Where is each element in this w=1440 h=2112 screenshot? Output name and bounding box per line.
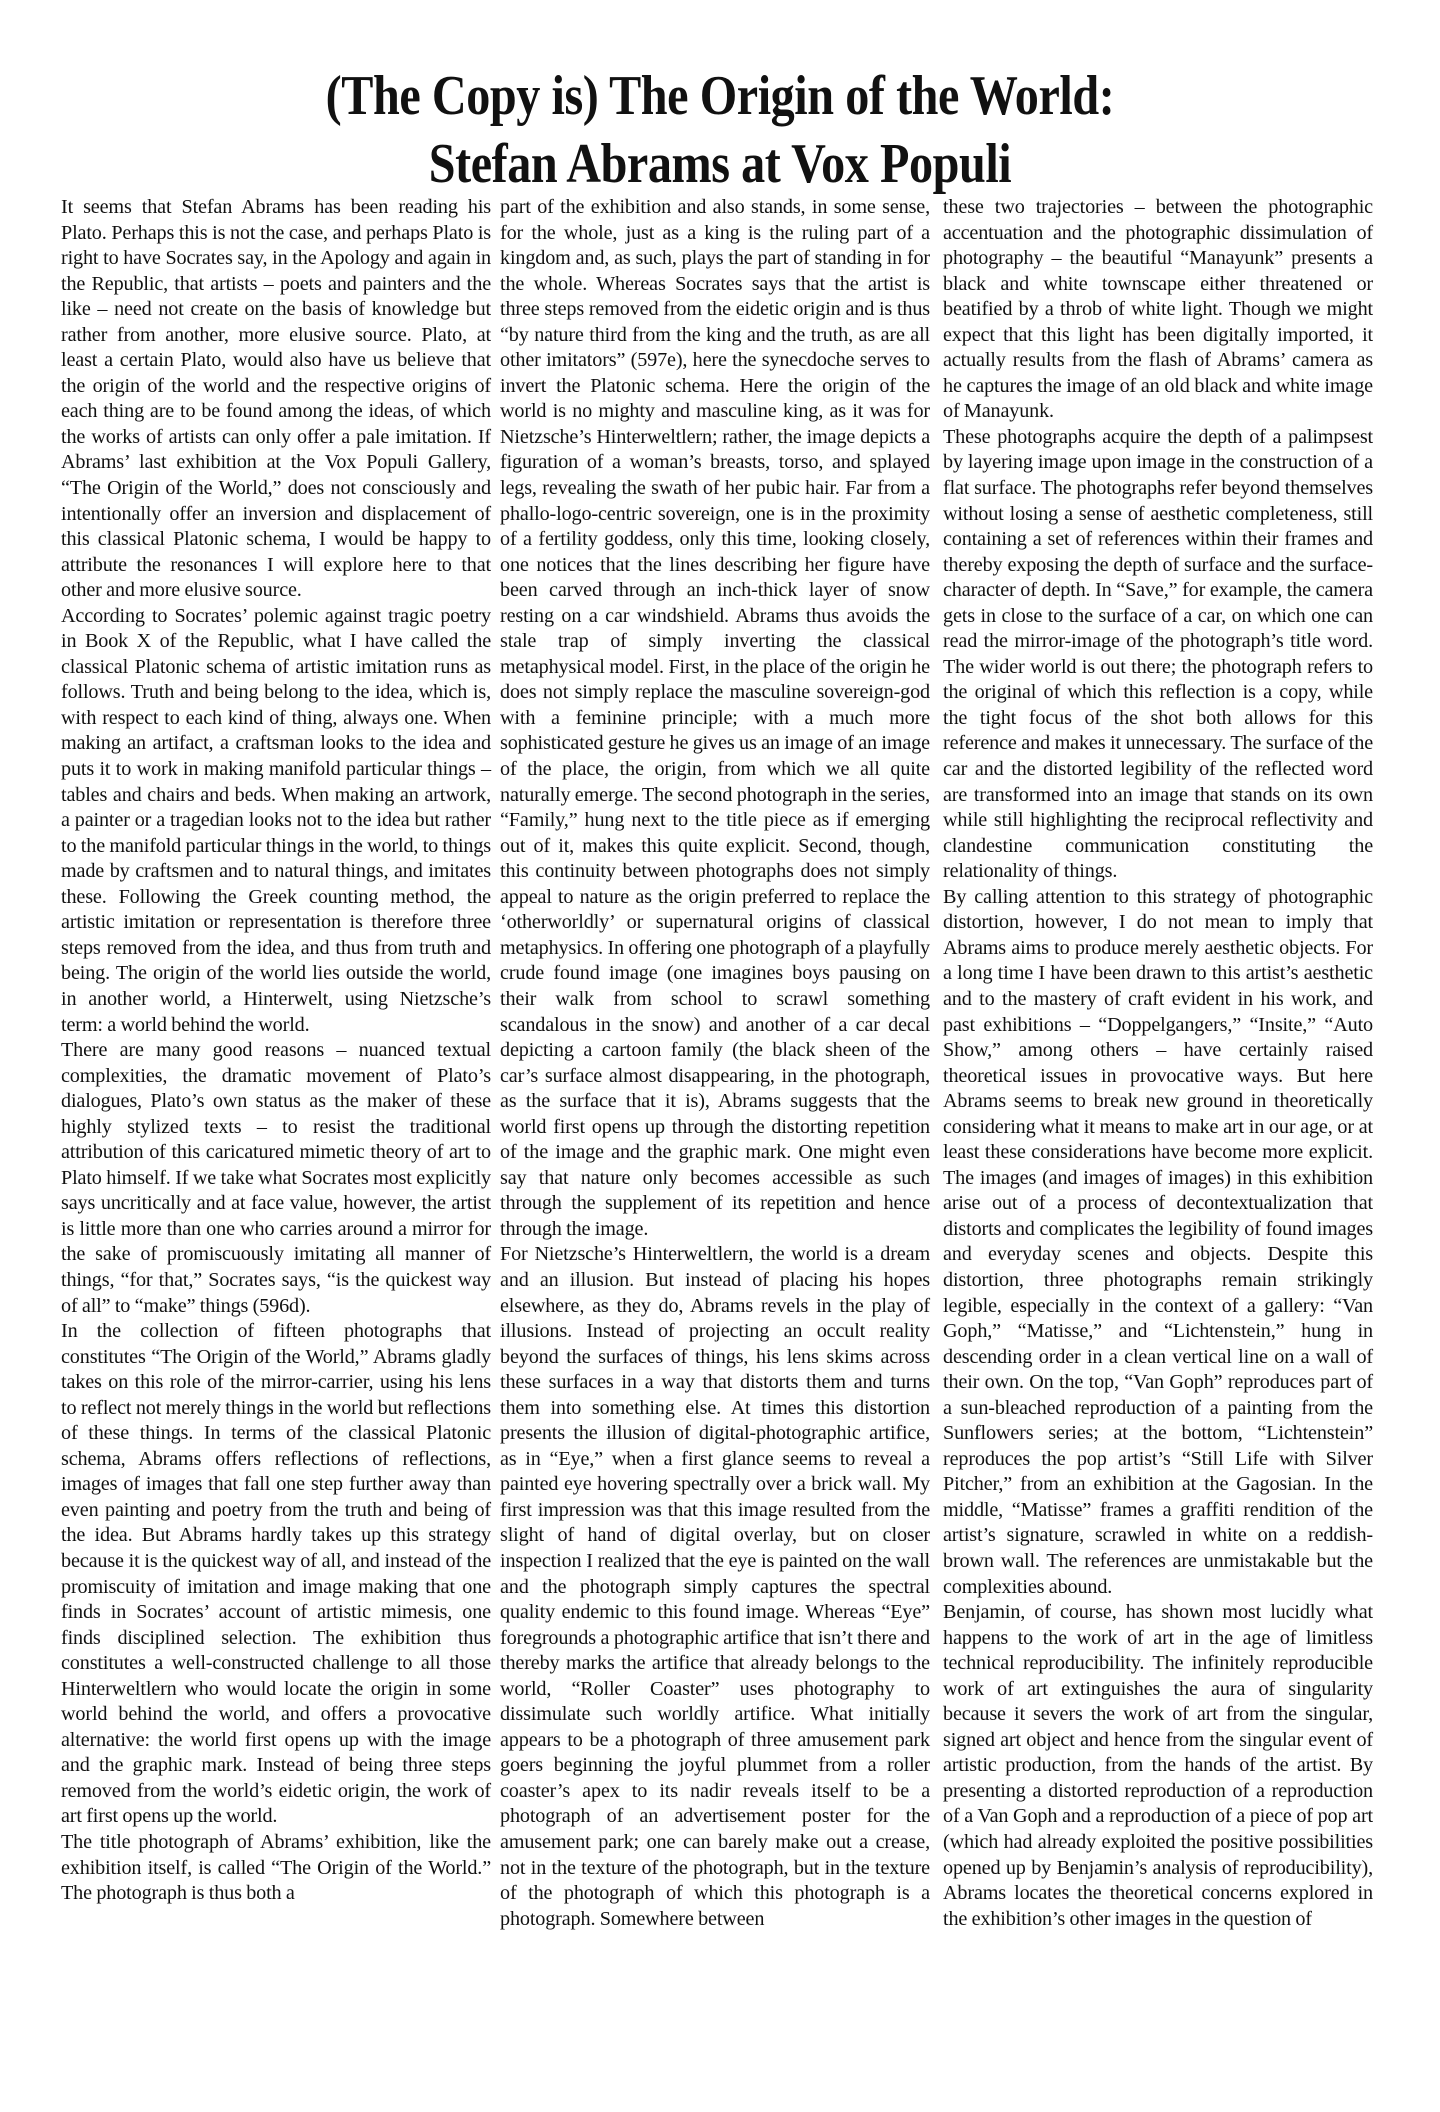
- paragraph: For Nietzsche’s Hinterweltlern, the worl…: [500, 1242, 930, 1932]
- article-column-3: these two trajectories – between the pho…: [943, 195, 1373, 1932]
- paragraph: There are many good reasons – nuanced te…: [61, 1038, 491, 1319]
- paragraph: The title photograph of Abrams’ exhibiti…: [61, 1830, 491, 1907]
- article-column-1: It seems that Stefan Abrams has been rea…: [61, 195, 491, 1907]
- paragraph: It seems that Stefan Abrams has been rea…: [61, 195, 491, 604]
- paragraph: In the collection of fifteen photographs…: [61, 1319, 491, 1830]
- title-line-2: Stefan Abrams at Vox Populi: [101, 130, 1339, 198]
- paragraph: part of the exhibition and also stands, …: [500, 195, 930, 1242]
- paragraph: By calling attention to this strategy of…: [943, 885, 1373, 1600]
- page-title: (The Copy is) The Origin of the World: S…: [101, 62, 1339, 198]
- article-column-2: part of the exhibition and also stands, …: [500, 195, 930, 1932]
- title-line-1: (The Copy is) The Origin of the World:: [101, 62, 1339, 130]
- paragraph: these two trajectories – between the pho…: [943, 195, 1373, 425]
- paragraph: According to Socrates’ polemic against t…: [61, 604, 491, 1038]
- paragraph: These photographs acquire the depth of a…: [943, 425, 1373, 885]
- paragraph: Benjamin, of course, has shown most luci…: [943, 1600, 1373, 1932]
